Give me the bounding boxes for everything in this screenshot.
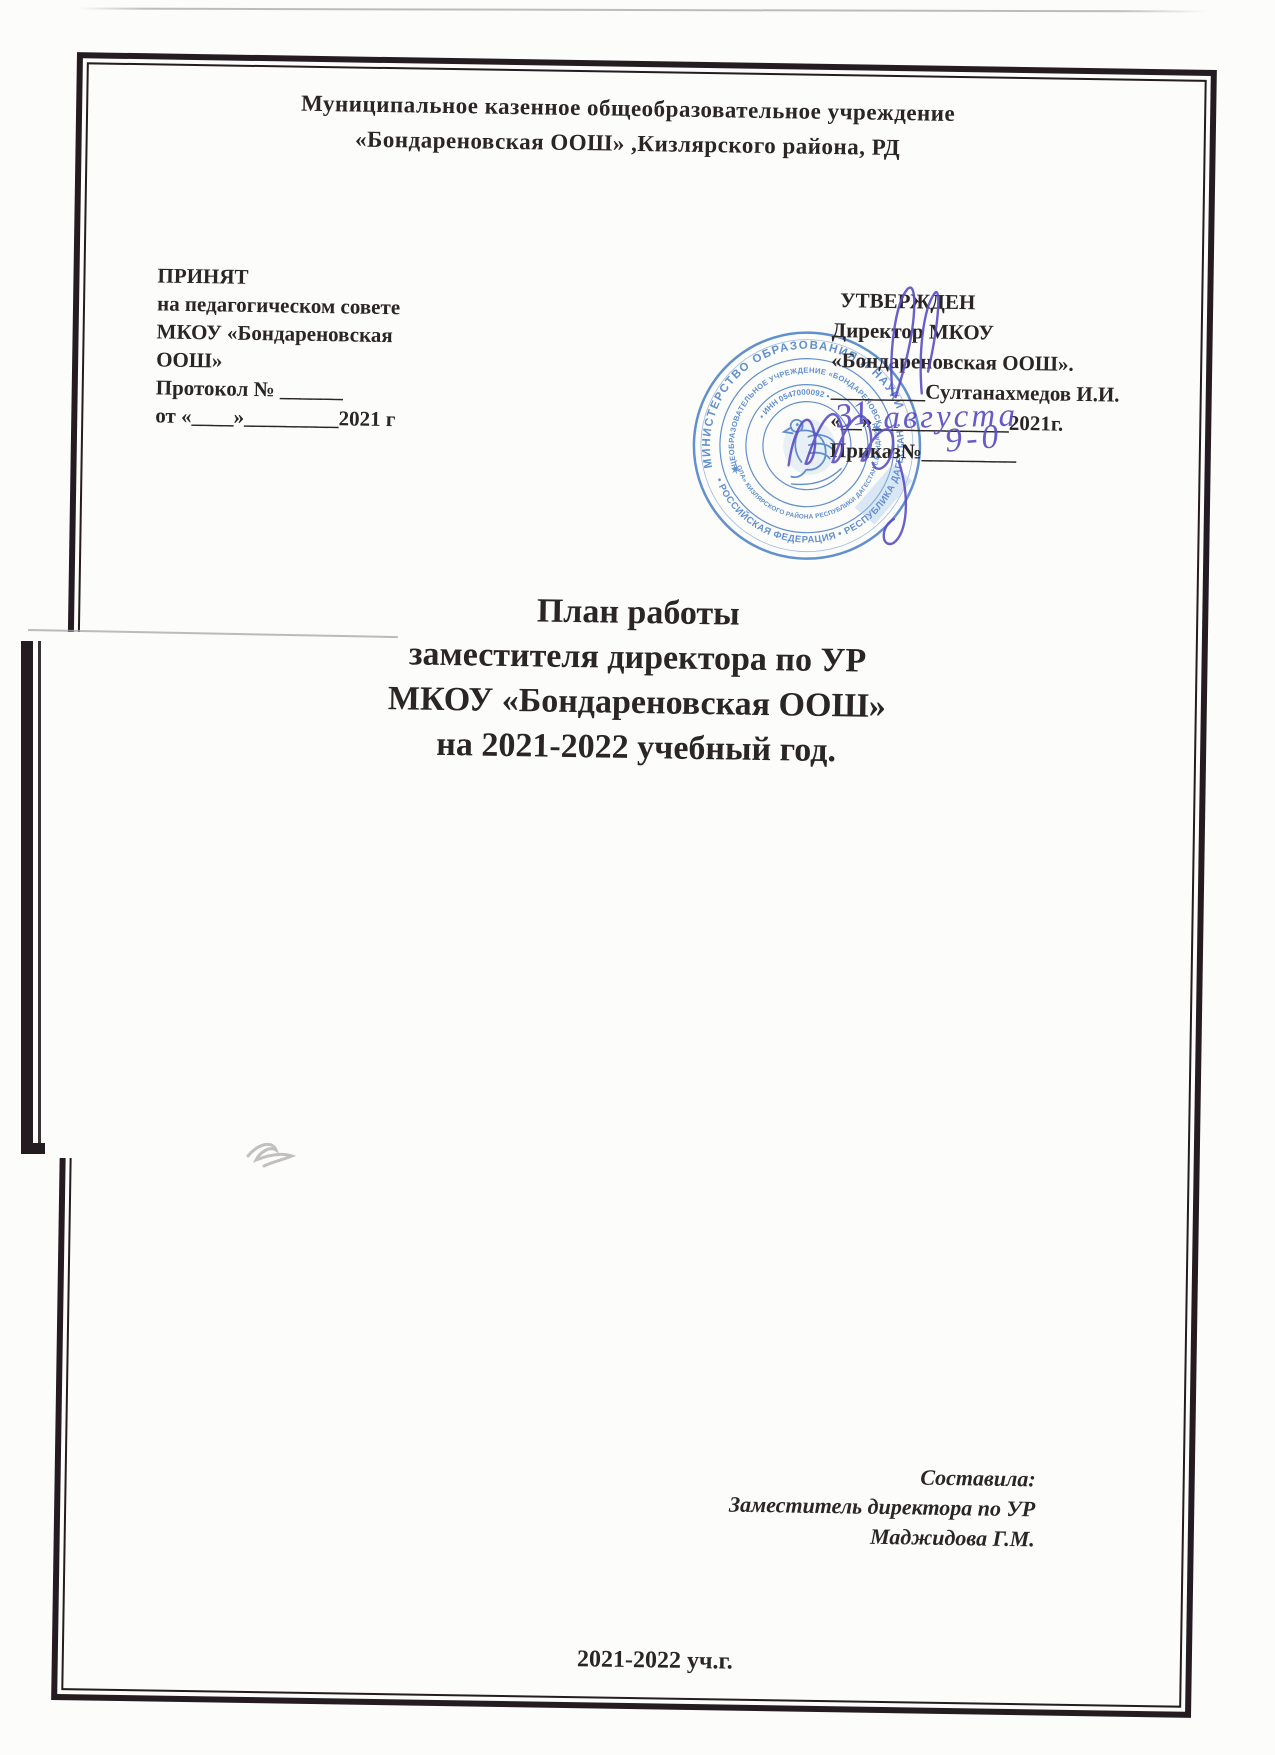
overlapping-sheet-border — [21, 641, 33, 1143]
ink-smudge — [240, 1122, 320, 1182]
overlapping-sheet-corner — [21, 1143, 45, 1154]
approved-line: УТВЕРЖДЕН — [840, 285, 1121, 319]
document-frame: Муниципальное казенное общеобразовательн… — [51, 52, 1217, 1718]
handwritten-order-number: 9-0 — [943, 418, 1003, 461]
approved-line: «Бондареновская ООШ». — [831, 345, 1120, 380]
accepted-line: на педагогическом совете — [157, 289, 401, 321]
scan-edge-artifact — [78, 8, 1208, 13]
title-block: План работы заместителя директора по УР … — [66, 581, 1209, 779]
accepted-line: от «____»_________2021 г — [155, 401, 399, 433]
composer-block: Составила: Заместитель директора по УР М… — [728, 1460, 1036, 1555]
accepted-block: ПРИНЯТ на педагогическом совете МКОУ «Бо… — [155, 261, 401, 433]
overlapping-sheet-border-thin — [38, 641, 41, 1145]
composer-line: Составила: — [729, 1460, 1036, 1495]
accepted-line: Протокол № ______ — [156, 373, 400, 405]
accepted-line: ООШ» — [156, 345, 400, 377]
scanned-page: Муниципальное казенное общеобразовательн… — [0, 0, 1275, 1755]
handwritten-day: 31 — [833, 394, 873, 437]
composer-line: Заместитель директора по УР — [729, 1490, 1036, 1525]
accepted-line: МКОУ «Бондареновская — [156, 317, 400, 349]
composer-line: Маджидова Г.М. — [728, 1520, 1035, 1555]
overlapping-sheet — [0, 632, 100, 1158]
accepted-line: ПРИНЯТ — [157, 261, 401, 293]
approved-line: Директор МКОУ — [832, 315, 1121, 350]
